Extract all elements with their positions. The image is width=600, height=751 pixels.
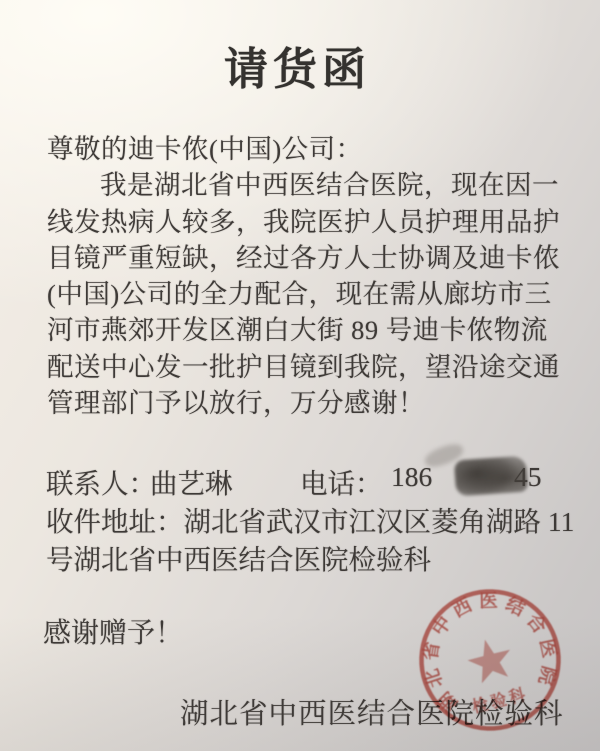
letter-line: 目镜严重短缺，经过各方人士协调及迪卡侬: [47, 240, 572, 276]
letter-line: 管理部门予以放行，万分感谢！: [47, 385, 572, 421]
letter-line: 线发热病人较多，我院医护人员护理用品护: [47, 204, 572, 240]
star-icon: [464, 634, 517, 685]
address-line: 收件地址：湖北省武汉市江汉区菱角湖路 11: [46, 499, 574, 539]
seal-bottom-text: 检验科: [470, 684, 530, 716]
letter-title: 请货函: [224, 33, 371, 97]
letter-line: 河市燕郊开发区潮白大街 89 号迪卡侬物流: [47, 312, 572, 348]
closing-thanks: 感谢赠予！: [43, 611, 183, 651]
phone-label: 电话：: [300, 461, 383, 501]
letter-line: (中国)公司的全力配合，现在需从廊坊市三: [47, 276, 572, 312]
contact-name: 曲艺琳: [150, 461, 233, 501]
letter-line: 配送中心发一批护目镜到我院，望沿途交通: [47, 349, 572, 385]
phone-prefix: 186: [391, 461, 432, 493]
address-line: 号湖北省中西医结合医院检验科: [46, 537, 431, 577]
letter-line: 我是湖北省中西医结合医院，现在因一: [47, 167, 572, 203]
phone-redaction-scribble-dark: [454, 456, 528, 497]
contact-label: 联系人：: [46, 461, 156, 501]
salutation: 尊敬的迪卡侬(中国)公司：: [47, 131, 572, 167]
letter-photo: 请货函 尊敬的迪卡侬(中国)公司： 我是湖北省中西医结合医院，现在因一 线发热病…: [0, 0, 600, 751]
letter-body: 尊敬的迪卡侬(中国)公司： 我是湖北省中西医结合医院，现在因一 线发热病人较多，…: [47, 131, 572, 421]
